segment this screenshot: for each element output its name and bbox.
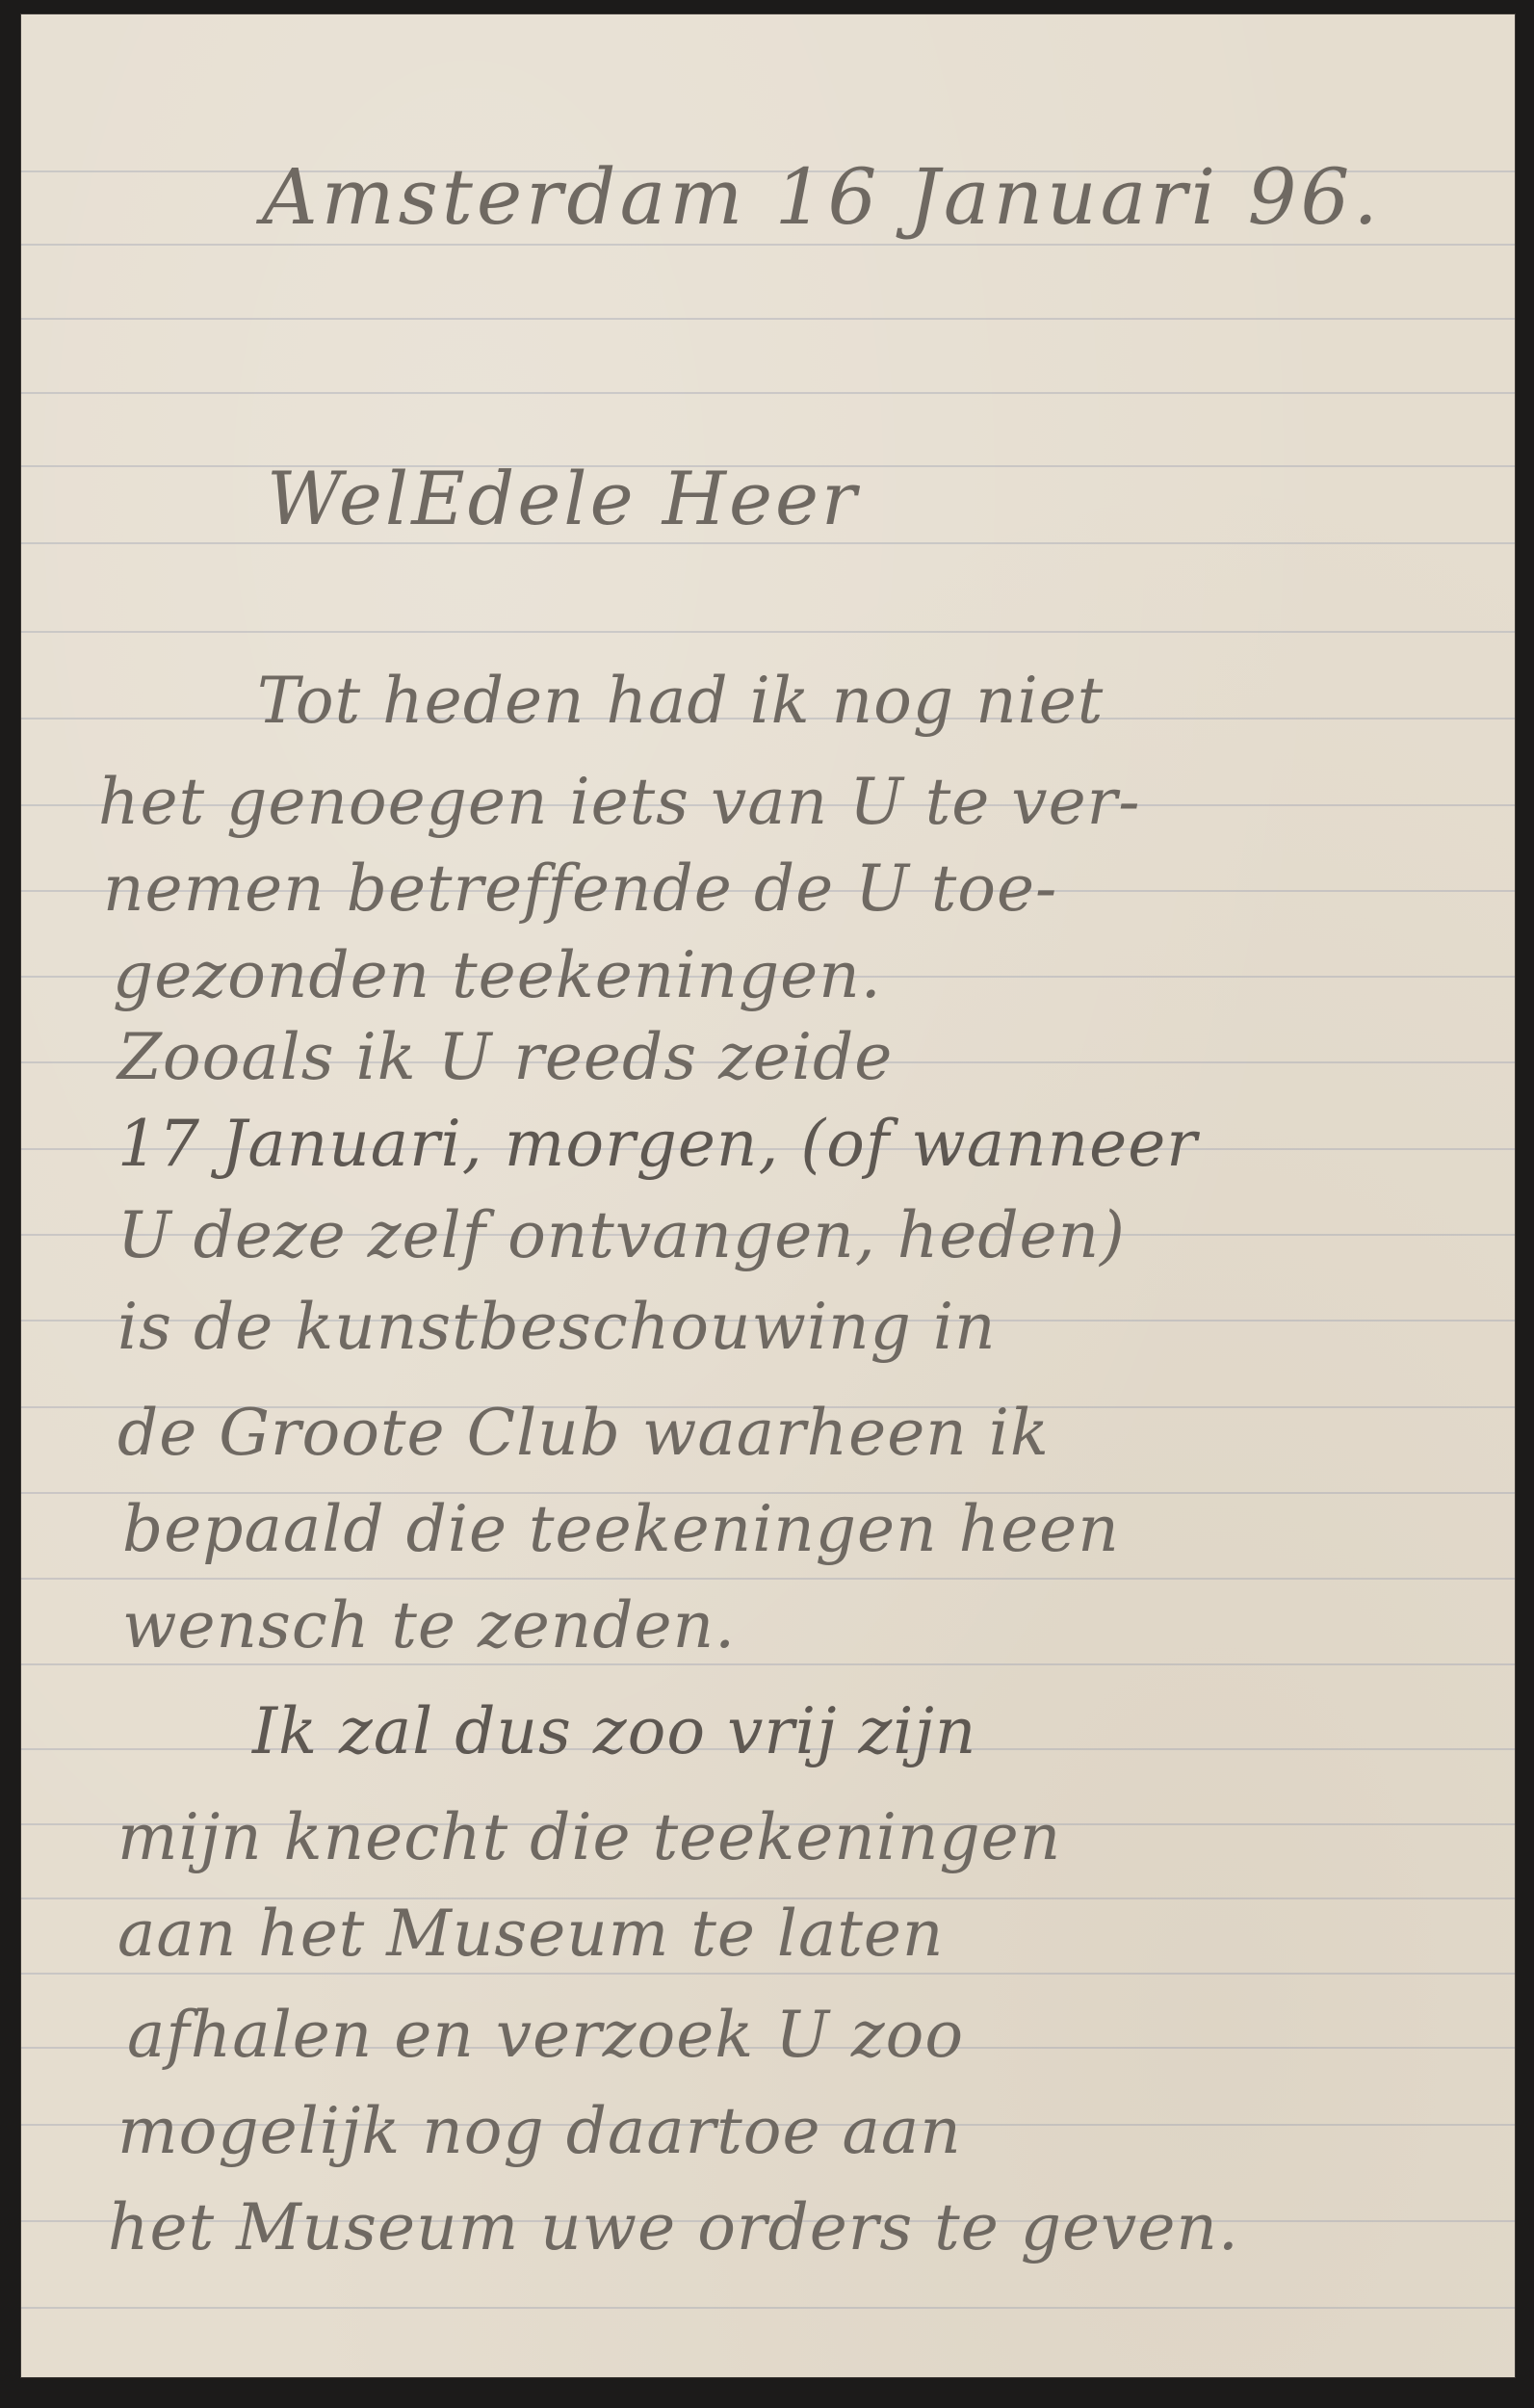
body-line: is de kunstbeschouwing in: [117, 1296, 997, 1359]
body-line: afhalen en verzoek U zoo: [127, 2003, 964, 2067]
body-line: het genoegen iets van U te ver-: [98, 771, 1141, 834]
body-line: Ik zal dus zoo vrij zijn: [252, 1700, 976, 1764]
rule-line: [21, 2307, 1515, 2309]
rule-line: [21, 631, 1515, 633]
body-line: wensch te zenden.: [122, 1594, 736, 1658]
rule-line: [21, 318, 1515, 320]
salutation: WelEdele Heer: [267, 462, 859, 536]
body-line: Tot heden had ik nog niet: [257, 669, 1104, 733]
rule-line: [21, 1578, 1515, 1580]
body-line: U deze zelf ontvangen, heden): [117, 1204, 1126, 1268]
rule-line: [21, 244, 1515, 246]
body-line: het Museum uwe orders te geven.: [108, 2196, 1239, 2260]
rule-line: [21, 542, 1515, 544]
body-line: 17 Januari, morgen, (of wanneer: [117, 1112, 1198, 1176]
dateline: Amsterdam 16 Januari 96.: [262, 159, 1382, 236]
body-line: Zooals ik U reeds zeide: [117, 1026, 893, 1089]
body-line: gezonden teekeningen.: [113, 944, 882, 1008]
body-line: aan het Museum te laten: [117, 1902, 944, 1966]
letter-paper: Amsterdam 16 Januari 96. WelEdele Heer T…: [21, 14, 1515, 2377]
rule-line: [21, 392, 1515, 394]
rule-line: [21, 1973, 1515, 1975]
body-line: mijn knecht die teekeningen: [117, 1806, 1061, 1870]
body-line: de Groote Club waarheen ik: [117, 1401, 1050, 1465]
body-line: nemen betreffende de U toe-: [103, 857, 1057, 921]
body-line: bepaald die teekeningen heen: [122, 1498, 1120, 1561]
body-line: mogelijk nog daartoe aan: [117, 2100, 962, 2163]
rule-line: [21, 1663, 1515, 1665]
